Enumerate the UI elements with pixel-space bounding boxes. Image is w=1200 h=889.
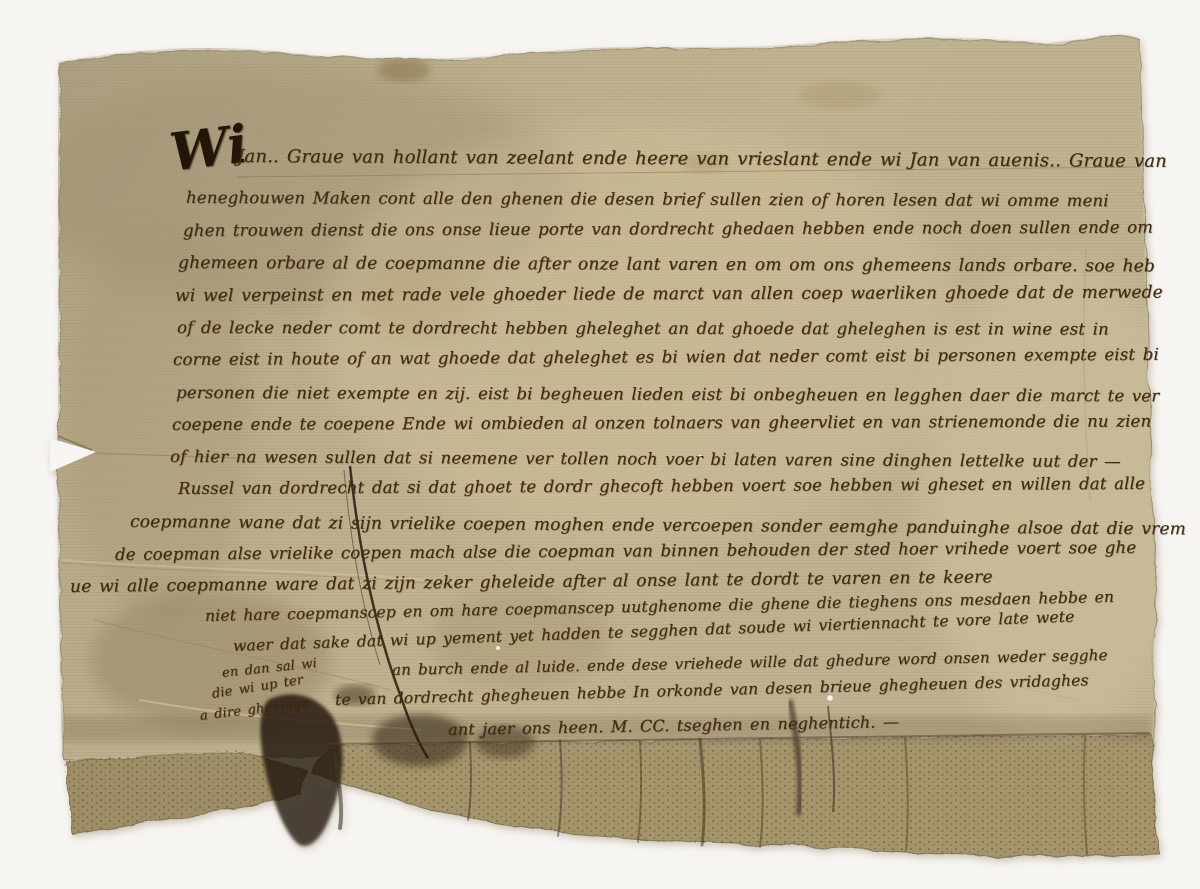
parchment-hole	[698, 455, 702, 459]
parchment-hole	[827, 695, 833, 701]
document-scan: Wi Jan.. Graue van hollant van zeelant e…	[0, 0, 1200, 889]
stain-spot	[378, 58, 430, 82]
parchment-hole	[496, 646, 500, 650]
parchment-artwork	[0, 0, 1200, 889]
